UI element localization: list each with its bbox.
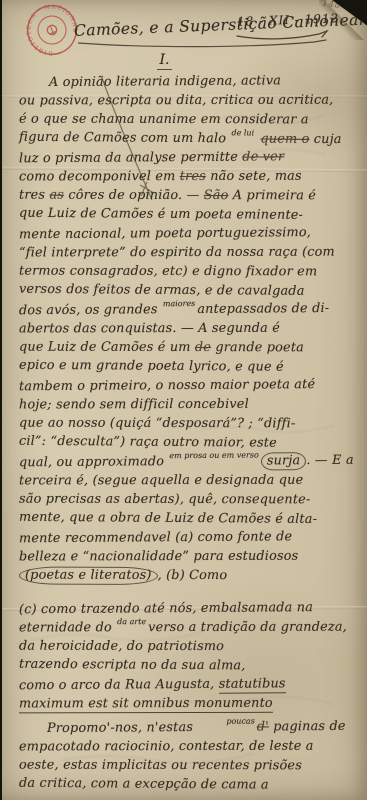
text-segment: trazendo escripta no da sua alma, [19, 657, 246, 674]
text-segment-strike: de [195, 340, 211, 355]
text-segment: é o que se chama unanime em considerar a [19, 112, 309, 128]
text-segment: cuja [309, 132, 341, 147]
manuscript-line: como o arco da Rua Augusta, statutibus [19, 674, 363, 696]
text-segment-sup: de lui [231, 123, 254, 142]
text-segment: figura de Camões com um halo [19, 130, 231, 147]
text-segment: tambem o primeiro, o nosso maior poeta a… [19, 377, 315, 394]
text-segment-strike: quem o [260, 132, 309, 147]
manuscript-line: (poetas e literatos), (b) Como [19, 566, 363, 586]
text-segment: antepassados de di- [197, 301, 329, 317]
text-segment: empacotado raciocinio, contestar, de les… [19, 739, 314, 755]
manuscript-line: maximum est sit omnibus monumento [19, 694, 363, 714]
manuscript-body: A opinião literaria indigena, activaou p… [19, 72, 363, 794]
manuscript-line: da heroicidade, do patriotismo [19, 637, 363, 657]
manuscript-line: da critica, com a excepção de cama a [19, 774, 363, 796]
text-segment: , (b) Como [158, 568, 228, 583]
text-segment: . — E a [306, 453, 354, 468]
text-segment: ou passiva, escripta ou dita, critica ou… [19, 93, 333, 109]
manuscript-line: “fiel interprete” do espirito da nossa r… [19, 243, 363, 263]
text-segment: Propomo'-nos, n'estas [47, 720, 197, 736]
text-segment: qual, ou approximado [19, 454, 168, 470]
manuscript-line: terceira é, (segue aquella e designada q… [19, 471, 363, 491]
title-underline-flourish [78, 38, 328, 50]
text-segment: luz o prisma da analyse permitte [19, 150, 242, 167]
manuscript-line: que Luiz de Camões é um poeta eminente- [19, 204, 363, 226]
manuscript-line: tambem o primeiro, o nosso maior poeta a… [19, 375, 363, 397]
text-segment-ul: maximum est sit omnibus monumento [19, 696, 273, 713]
text-segment: mente recommendavel (a) como fonte de [19, 529, 292, 546]
manuscript-line: mente nacional, um poeta portuguezissimo… [19, 223, 363, 245]
text-segment: mente nacional, um poeta portuguezissimo… [19, 225, 311, 242]
text-segment: terceira é, (segue aquella e designada q… [19, 473, 303, 489]
torn-corner [319, 0, 367, 40]
text-segment-sup: da arte [117, 612, 146, 631]
text-segment: (c) como trazendo até nós, embalsamada n… [19, 600, 313, 617]
paragraph: (c) como trazendo até nós, embalsamada n… [19, 599, 363, 713]
manuscript-line: figura de Camões com um halo de lui quem… [19, 128, 363, 150]
text-segment: que ao nosso (quiçá “desposará”? ; “diff… [19, 416, 295, 432]
page-background: BIBLIOTECA · NACIONAL 148-51 18 - XII - … [0, 0, 367, 800]
manuscript-line: (c) como trazendo até nós, embalsamada n… [19, 598, 363, 620]
text-segment: epico e um grande poeta lyrico, e que é [19, 358, 284, 375]
text-segment: são precisas as abertas), quê, consequen… [19, 492, 311, 508]
text-segment-strike: tres [180, 169, 206, 184]
text-segment-strike: de ver [242, 149, 284, 164]
manuscript-line: mente recommendavel (a) como fonte de [19, 527, 363, 549]
manuscript-line: que ao nosso (quiçá “desposará”? ; “diff… [19, 414, 363, 434]
manuscript-line: trazendo escripta no da sua alma, [19, 655, 363, 677]
text-segment: hoje; sendo sem difficil concebivel [19, 397, 249, 413]
text-segment: “fiel interprete” do espirito da nossa r… [19, 245, 335, 261]
text-segment-strike: São [204, 188, 229, 203]
manuscript-paper: BIBLIOTECA · NACIONAL 148-51 18 - XII - … [2, 0, 367, 800]
text-segment: como o arco da Rua Augusta, [19, 677, 219, 693]
text-segment: que Luiz de Camões é um poeta eminente- [19, 206, 303, 223]
text-segment: dos avós, os grandes [19, 302, 162, 318]
text-segment-strike: as [49, 188, 64, 203]
text-segment: A opinião literaria indigena, activa [49, 73, 281, 90]
manuscript-line: que Luiz de Camões é um de grande poeta [19, 338, 363, 358]
text-segment: verso a tradição da grandeza, [148, 620, 347, 635]
manuscript-line: eternidade do da arteverso a tradição da… [19, 618, 363, 638]
text-segment: da critica, com a excepção de cama a [19, 776, 269, 793]
manuscript-line: dos avós, os grandes maioresantepassados… [19, 299, 363, 321]
text-segment: como decomponivel em [19, 169, 180, 184]
text-segment: A primeira é [228, 188, 316, 203]
manuscript-line: abertos das conquistas. — A segunda é [19, 319, 363, 339]
text-segment-ul: statutibus [219, 676, 286, 693]
text-segment: versos dos feitos de armas, e de cavalga… [19, 282, 305, 299]
manuscript-line: Propomo'-nos, n'estas poucasd' paginas d… [19, 717, 363, 739]
text-segment: côres de opinião. — [64, 188, 204, 203]
manuscript-line: hoje; sendo sem difficil concebivel [19, 395, 363, 415]
manuscript-line: como decomponivel em tres não sete, mas [19, 167, 363, 187]
manuscript-line: A opinião literaria indigena, activa [19, 71, 363, 93]
text-segment: da heroicidade, do patriotismo [19, 639, 224, 655]
manuscript-line: epico e um grande poeta lyrico, e que é [19, 356, 363, 378]
text-segment: belleza e “nacionalidade” para estudioso… [19, 549, 298, 565]
text-segment-sup: maiores [163, 294, 196, 313]
manuscript-line: qual, ou approximado em prosa ou em vers… [19, 451, 363, 473]
text-segment-strike: d' [257, 719, 269, 734]
text-segment-circle: (poetas e literatos) [19, 567, 158, 585]
text-segment: mente, que a obra de Luiz de Camões é al… [19, 510, 317, 527]
manuscript-line: termos consagrados, etc) e digno fixador… [19, 262, 363, 282]
manuscript-line: belleza e “nacionalidade” para estudioso… [19, 547, 363, 567]
paragraph: Propomo'-nos, n'estas poucasd' paginas d… [19, 718, 363, 794]
text-segment: tres [19, 188, 50, 203]
manuscript-line: é o que se chama unanime em considerar a [19, 110, 363, 130]
text-segment-sup: em prosa ou em verso [169, 446, 259, 466]
manuscript-line: tres as côres de opinião. — São A primei… [19, 186, 363, 206]
text-segment-circle: surja [261, 452, 307, 470]
text-segment: oeste, estas implicitas ou recentes pris… [19, 758, 302, 774]
section-heading-label: I. [157, 52, 173, 70]
text-segment-sup: poucas [198, 712, 255, 731]
manuscript-line: mente, que a obra de Luiz de Camões é al… [19, 508, 363, 530]
text-segment: que Luiz de Camões é um [19, 340, 195, 355]
manuscript-line: oeste, estas implicitas ou recentes pris… [19, 756, 363, 776]
text-segment: abertos das conquistas. — A segunda é [19, 321, 280, 337]
manuscript-line: luz o prisma da analyse permitte de ver [19, 147, 363, 169]
text-segment: termos consagrados, etc) e digno fixador… [19, 264, 317, 280]
paragraph: A opinião literaria indigena, activaou p… [19, 72, 363, 585]
section-heading: I. [2, 52, 327, 70]
manuscript-line: empacotado raciocinio, contestar, de les… [19, 737, 363, 757]
manuscript-line: são precisas as abertas), quê, consequen… [19, 490, 363, 510]
text-segment: paginas de [269, 719, 346, 735]
manuscript-line: ou passiva, escripta ou dita, critica ou… [19, 91, 363, 111]
text-segment: eternidade do [19, 620, 116, 635]
text-segment: não sete, mas [206, 169, 302, 184]
text-segment: grande poeta [211, 340, 304, 355]
